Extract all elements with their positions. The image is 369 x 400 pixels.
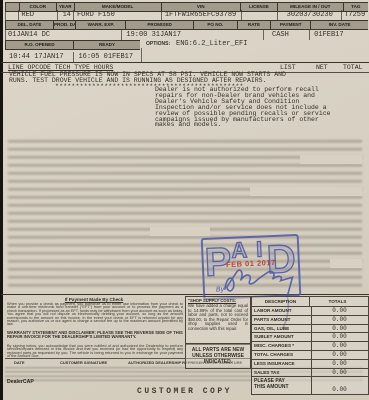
options-value: ENG:6.2_Liter_EFI [176, 40, 247, 48]
ro-opened-value: 10:44 17JAN17 [5, 52, 73, 62]
totals-row-sublet: SUBLET AMOUNT0.00 [252, 332, 368, 341]
totals-row-total-charges: TOTAL CHARGES0.00 [252, 350, 368, 359]
totals-header-row: DESCRIPTION TOTALS [252, 297, 368, 306]
dealercap-brand: DealerCAP [7, 379, 34, 385]
vehicle-tag: T7259 [341, 10, 368, 20]
warranty-statement: WARRANTY STATEMENT AND DISCLAIMER: PLEAS… [7, 331, 183, 340]
vehicle-year: 14 [57, 10, 73, 20]
totals-row-misc: MISC. CHARGES *0.00 [252, 341, 368, 350]
order-value-row: 01JAN14 DC 19:00 31JAN17 CASH 01FEB17 [5, 28, 368, 40]
description-column-header: DESCRIPTION [252, 297, 310, 306]
total-column-header: TOTAL [343, 64, 363, 71]
shop-supply-body: We have added a charge equal to 14.99% o… [186, 303, 250, 333]
vehicle-value-row: RED 14 FORD F150 1FTFW1R65EFC93789 30203… [5, 10, 368, 20]
vehicle-color: RED [18, 10, 56, 20]
date-signature-label: DATE [14, 360, 25, 365]
totals-row-less-insurance: LESS INSURANCE0.00 [252, 359, 368, 368]
recall-disclaimer: Dealer is not authorized to perform reca… [155, 87, 331, 128]
scan-edge-strip [0, 0, 3, 400]
options-label: OPTIONS: [146, 41, 170, 47]
payment-value: CASH [263, 30, 309, 40]
totals-table: DESCRIPTION TOTALS LABOR AMOUNT0.00 PART… [251, 296, 369, 395]
totals-column-header: TOTALS [310, 297, 365, 306]
all-parts-new-box: ALL PARTS ARE NEW UNLESS OTHERWISE INDIC… [185, 343, 251, 369]
totals-row-gas-oil-lube: GAS, OIL, LUBE0.00 [252, 324, 368, 333]
vehicle-vin: 1FTFW1R65EFC93789 [161, 10, 241, 20]
totals-row-sales-tax: SALES TAX0.00 [252, 368, 368, 377]
totals-row-parts: PARTS AMOUNT0.00 [252, 315, 368, 324]
all-parts-new-note: ALL PARTS ARE NEW UNLESS OTHERWISE INDIC… [186, 347, 250, 365]
promised-value: 19:00 31JAN17 [121, 30, 189, 40]
list-column-header: LIST [280, 64, 296, 71]
ro-value-row: 10:44 17JAN17 16:05 01FEB17 [5, 48, 142, 62]
vehicle-license [241, 10, 277, 20]
paid-stamp: P A I D FEB 01 2017 By [201, 234, 302, 300]
customer-signature-label: CUSTOMER SIGNATURE [60, 360, 107, 365]
acknowledgement-body: By signing below, you acknowledge that y… [7, 345, 183, 358]
vehicle-mileage: 30203/30230 [277, 10, 341, 20]
del-date-value: 01JAN14 DC [5, 30, 53, 40]
repair-invoice-scan: COLOR YEAR MAKE/MODEL VIN LICENSE MILEAG… [0, 0, 369, 400]
vehicle-make-model: FORD F150 [73, 10, 161, 20]
ready-value: 16:05 01FEB17 [73, 52, 141, 62]
net-column-header: NET [316, 64, 328, 71]
check-payment-body: When you provide a check as payment, you… [7, 303, 183, 327]
shop-supply-box: "SHOP SUPPLY COSTS: We have added a char… [185, 296, 251, 345]
inv-date-value: 01FEB17 [309, 30, 368, 40]
totals-row-labor: LABOR AMOUNT0.00 [252, 306, 368, 315]
totals-row-please-pay: PLEASE PAY THIS AMOUNT 0.00 [252, 376, 368, 394]
line-opcode-header: LINE OPCODE TECH TYPE HOURS [8, 64, 113, 71]
